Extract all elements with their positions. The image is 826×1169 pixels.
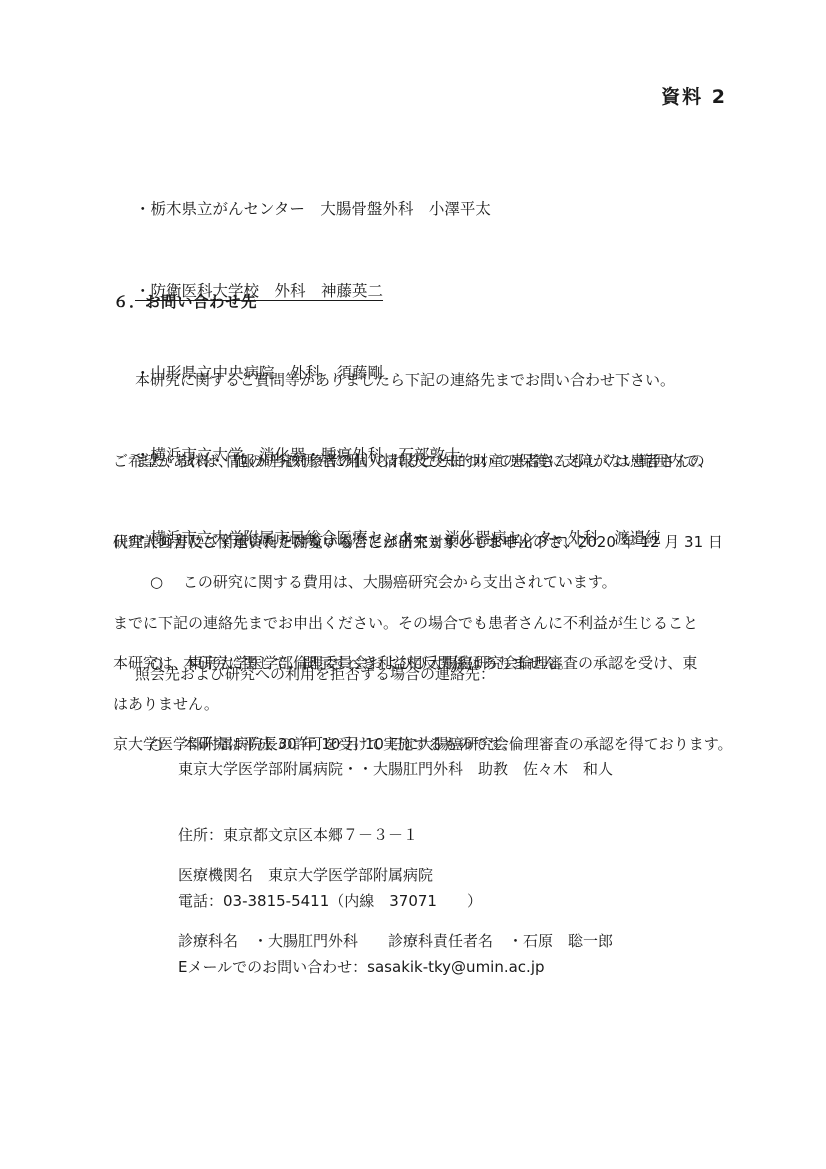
contact-intro-line: 照会先および研究への利用を拒否する場合の連絡先：: [135, 661, 495, 688]
paragraph-line: 本研究に関するご質問等がありましたら下記の連絡先までお問い合わせ下さい。: [113, 367, 733, 394]
department-line: 診療科名 ・大腸肛門外科 診療科責任者名 ・石原 聡一郎: [178, 930, 613, 952]
institution-name-line: 医療機関名 東京大学医学部附属病院: [178, 864, 613, 886]
contact-person-line: 東京大学医学部附属病院・・大腸肛門外科 助教 佐々木 和人: [178, 758, 613, 780]
circle-point: ○ この研究に関する費用は、大腸癌研究会から支出されています。: [150, 569, 733, 596]
section-6-heading: ６．お問い合わせ先: [113, 290, 257, 312]
doc-reference-label: 資料 2: [661, 82, 727, 109]
paragraph-line: また、試料・情報が当該研究に用いられることについて患者さんもしくは患者さんの: [113, 448, 733, 475]
medical-institution-details: 医療機関名 東京大学医学部附属病院 診療科名 ・大腸肛門外科 診療科責任者名 ・…: [178, 820, 613, 996]
institution-item: ・栃木県立がんセンター 大腸骨盤外科 小澤平太: [135, 196, 661, 223]
document-page: 資料 2 ・栃木県立がんセンター 大腸骨盤外科 小澤平太 ・防衛医科大学校 外科…: [0, 0, 826, 1169]
